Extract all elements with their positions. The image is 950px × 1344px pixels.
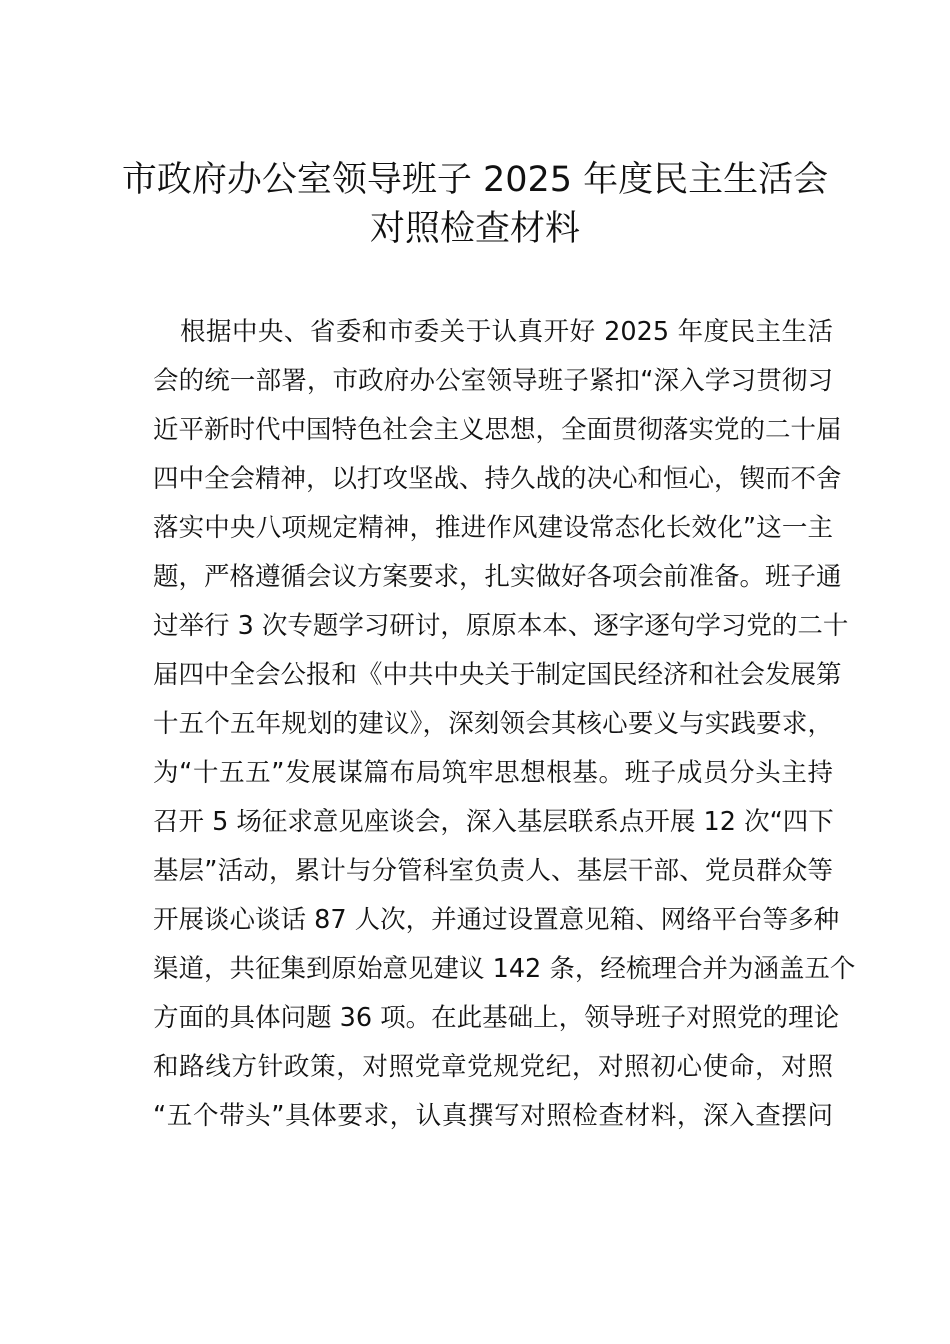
body-line: 四中全会精神，以打攻坚战、持久战的决心和恒心，锲而不舍 xyxy=(153,459,833,499)
body-line: 过举行 3 次专题学习研讨，原原本本、逐字逐句学习党的二十 xyxy=(153,606,833,646)
body-line: 十五个五年规划的建议》，深刻领会其核心要义与实践要求， xyxy=(153,704,833,744)
body-line: 根据中央、省委和市委关于认真开好 2025 年度民主生活 xyxy=(180,312,833,352)
body-line: 和路线方针政策，对照党章党规党纪，对照初心使命，对照 xyxy=(153,1047,833,1087)
document-page: 市政府办公室领导班子 2025 年度民主生活会 对照检查材料 根据中央、省委和市… xyxy=(0,0,950,1344)
document-title-line-2: 对照检查材料 xyxy=(0,205,950,253)
body-line: 届四中全会公报和《中共中央关于制定国民经济和社会发展第 xyxy=(153,655,833,695)
body-line: 基层”活动，累计与分管科室负责人、基层干部、党员群众等 xyxy=(153,851,833,891)
body-line: 题，严格遵循会议方案要求，扎实做好各项会前准备。班子通 xyxy=(153,557,833,597)
body-line: 方面的具体问题 36 项。在此基础上，领导班子对照党的理论 xyxy=(153,998,833,1038)
body-line: “五个带头”具体要求，认真撰写对照检查材料，深入查摆问 xyxy=(153,1096,833,1136)
body-line: 渠道，共征集到原始意见建议 142 条，经梳理合并为涵盖五个 xyxy=(153,949,833,989)
body-line: 会的统一部署，市政府办公室领导班子紧扣“深入学习贯彻习 xyxy=(153,361,833,401)
body-line: 近平新时代中国特色社会主义思想，全面贯彻落实党的二十届 xyxy=(153,410,833,450)
body-line: 落实中央八项规定精神，推进作风建设常态化长效化”这一主 xyxy=(153,508,833,548)
document-title-line-1: 市政府办公室领导班子 2025 年度民主生活会 xyxy=(0,156,950,204)
body-line: 为“十五五”发展谋篇布局筑牢思想根基。班子成员分头主持 xyxy=(153,753,833,793)
body-line: 开展谈心谈话 87 人次，并通过设置意见箱、网络平台等多种 xyxy=(153,900,833,940)
body-line: 召开 5 场征求意见座谈会，深入基层联系点开展 12 次“四下 xyxy=(153,802,833,842)
